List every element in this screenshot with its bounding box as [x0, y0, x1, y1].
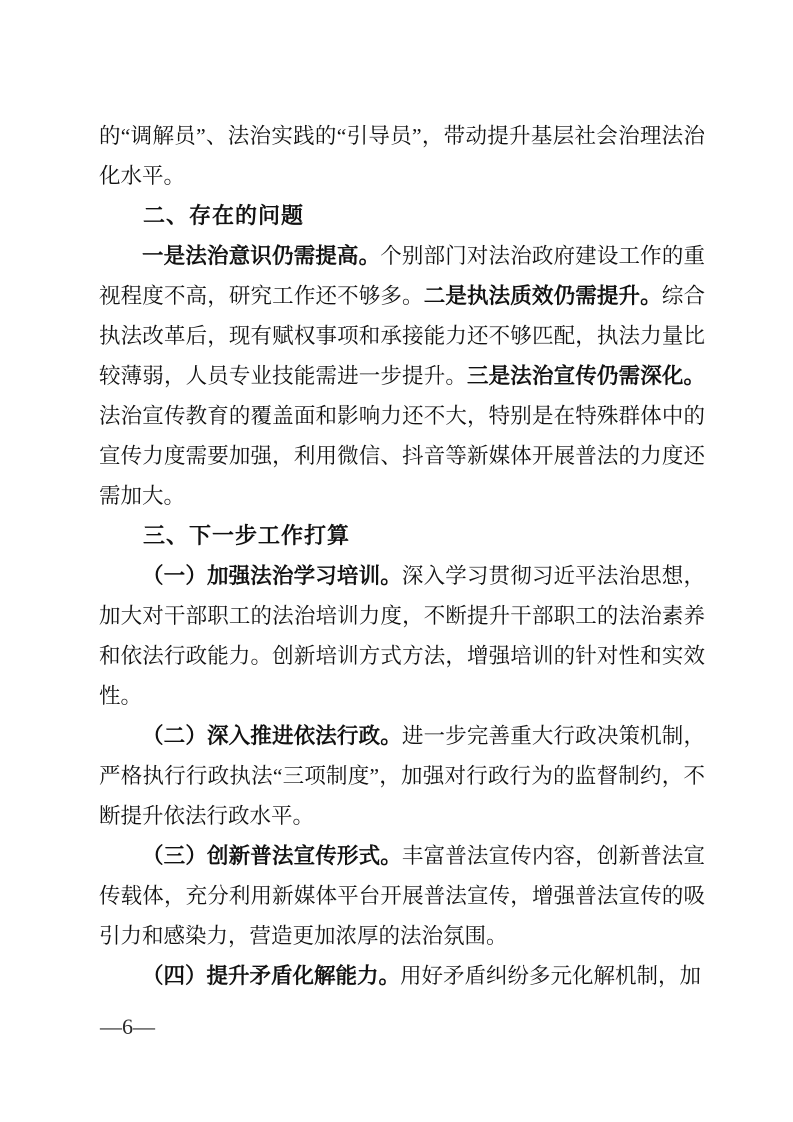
paragraph-publicity: （三）创新普法宣传形式。丰富普法宣传内容，创新普法宣传载体，充分利用新媒体平台开… — [99, 836, 705, 956]
bold-lead-point-1: 一是法治意识仍需提高。 — [142, 244, 380, 268]
paragraph-dispute-resolution: （四）提升矛盾化解能力。用好矛盾纠纷多元化解机制，加 — [99, 956, 705, 996]
paragraph-administration: （二）深入推进依法行政。进一步完善重大行政决策机制，严格执行行政执法“三项制度”… — [99, 716, 705, 836]
document-content: 的“调解员”、法治实践的“引导员”，带动提升基层社会治理法治化水平。 二、存在的… — [99, 116, 705, 996]
section-heading-problems: 二、存在的问题 — [99, 196, 705, 236]
bold-lead-item-3: （三）创新普法宣传形式。 — [142, 844, 402, 868]
bold-lead-point-3: 三是法治宣传仍需深化。 — [467, 364, 705, 388]
paragraph-training: （一）加强法治学习培训。深入学习贯彻习近平法治思想，加大对干部职工的法治培训力度… — [99, 556, 705, 716]
heading-text: 二、存在的问题 — [143, 203, 304, 228]
bold-lead-item-1: （一）加强法治学习培训。 — [142, 564, 402, 588]
bold-lead-point-2: 二是执法质效仍需提升。 — [424, 284, 662, 308]
bold-lead-item-2: （二）深入推进依法行政。 — [142, 724, 402, 748]
paragraph-continuation: 的“调解员”、法治实践的“引导员”，带动提升基层社会治理法治化水平。 — [99, 116, 705, 196]
text-run: 的“调解员”、法治实践的“引导员”，带动提升基层社会治理法治化水平。 — [99, 124, 705, 188]
bold-lead-item-4: （四）提升矛盾化解能力。 — [142, 964, 400, 988]
heading-text: 三、下一步工作打算 — [143, 523, 350, 548]
text-run: 法治宣传教育的覆盖面和影响力还不大，特别是在特殊群体中的宣传力度需要加强，利用微… — [99, 404, 705, 508]
document-page: 的“调解员”、法治实践的“引导员”，带动提升基层社会治理法治化水平。 二、存在的… — [0, 0, 793, 1122]
section-heading-next-steps: 三、下一步工作打算 — [99, 516, 705, 556]
page-number: —6— — [100, 1014, 155, 1040]
text-run: 用好矛盾纠纷多元化解机制，加 — [400, 964, 701, 988]
paragraph-problems: 一是法治意识仍需提高。个别部门对法治政府建设工作的重视程度不高，研究工作还不够多… — [99, 236, 705, 516]
